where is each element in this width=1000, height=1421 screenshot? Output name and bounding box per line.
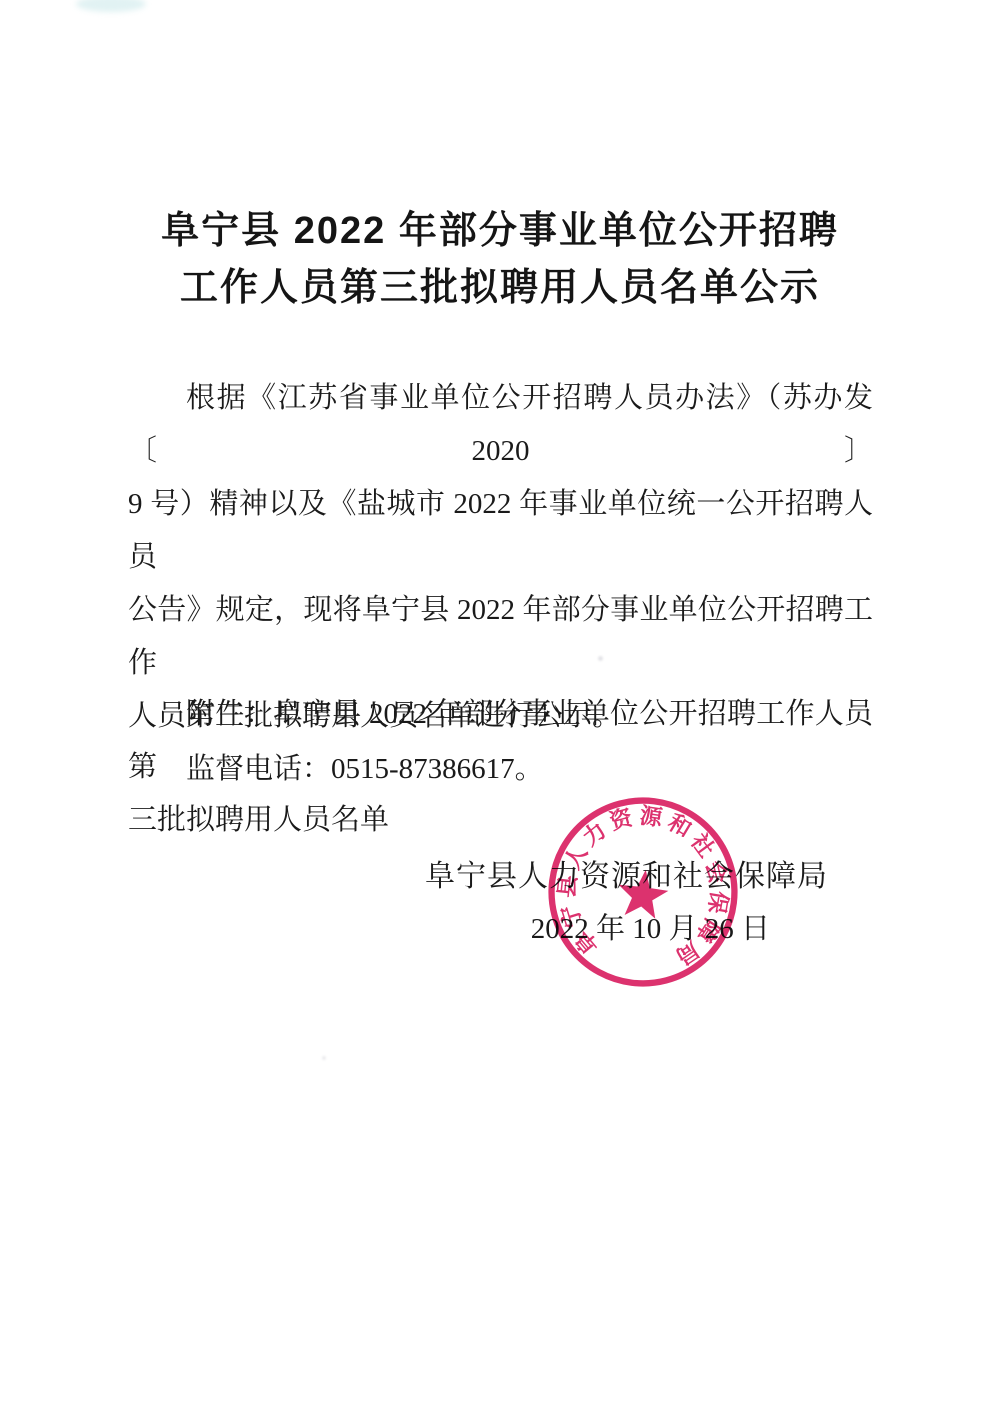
attachment-line-2: 三批拟聘用人员名单: [128, 794, 873, 847]
body-line-2: 9 号）精神以及《盐城市 2022 年事业单位统一公开招聘人员: [128, 478, 873, 584]
body-line-1: 根据《江苏省事业单位公开招聘人员办法》（苏办发〔2020〕: [128, 372, 873, 478]
scan-smudge: [76, 0, 146, 12]
signature-block: 阜宁县人力资源和社会保障局 2022 年 10 月 26 日: [128, 851, 873, 955]
title-line-1: 阜宁县 2022 年部分事业单位公开招聘: [0, 203, 1000, 260]
title-line-2: 工作人员第三批拟聘用人员名单公示: [0, 260, 1000, 317]
attachment-line-1: 附件：阜宁县 2022 年部分事业单位公开招聘工作人员第: [128, 688, 873, 794]
document-title: 阜宁县 2022 年部分事业单位公开招聘 工作人员第三批拟聘用人员名单公示: [0, 203, 1000, 317]
scan-speck: [322, 1056, 326, 1060]
issue-date: 2022 年 10 月 26 日: [128, 903, 873, 955]
issuing-agency: 阜宁县人力资源和社会保障局: [128, 851, 873, 903]
document-page: 阜宁县 2022 年部分事业单位公开招聘 工作人员第三批拟聘用人员名单公示 根据…: [0, 0, 1000, 1421]
attachment-note: 附件：阜宁县 2022 年部分事业单位公开招聘工作人员第 三批拟聘用人员名单: [128, 688, 873, 847]
body-line-3: 公告》规定，现将阜宁县 2022 年部分事业单位公开招聘工作: [128, 584, 873, 690]
